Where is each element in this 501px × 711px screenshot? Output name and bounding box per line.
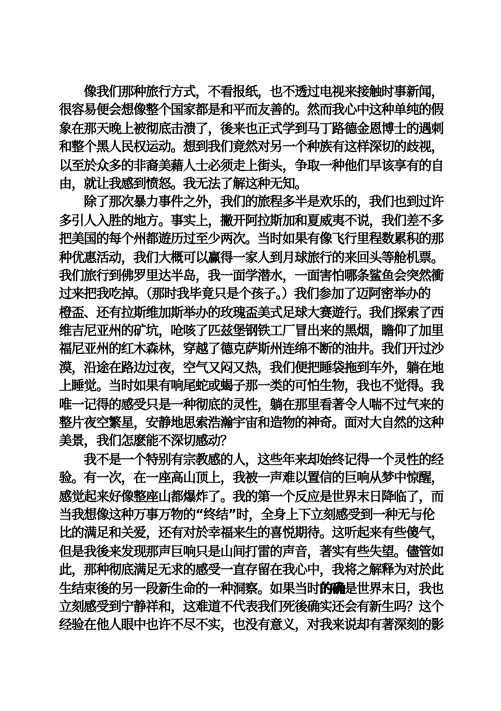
text-line: 上睡觉。当时如果有响尾蛇或蝎子那一类的可怕生物，我也不觉得。我 <box>59 378 449 396</box>
text-line: 我们旅行到佛罗里达半岛，我一面学潜水，一面害怕哪条鲨鱼会突然衝 <box>59 268 449 286</box>
text-segment: 我不是一个特别有宗教感的人，这些年来却始终记得一个灵性的经 <box>59 453 443 468</box>
text-line: 此，那种彻底满足无求的感受一直存留在我心中，我将之解释为对於此 <box>59 562 449 580</box>
text-line: 经验在他人眼中也许不尽不实，也没有意义，对我来说却有著深刻的影 <box>59 617 449 635</box>
text-segment: 以至於众多的非裔美藉人士必须走上街头，争取一种他们早该享有的自 <box>59 159 443 174</box>
paragraph: 我不是一个特别有宗教感的人，这些年来却始终记得一个灵性的经验。有一次，在一座高山… <box>59 452 449 636</box>
text-segment: 漠，沿途在路边过夜，空气又闷又热，我们便把睡袋拖到车外，躺在地 <box>59 361 443 376</box>
emphasized-text: 的确 <box>319 582 344 597</box>
text-segment: 此，那种彻底满足无求的感受一直存留在我心中，我将之解释为对於此 <box>59 563 443 578</box>
text-line: 漠，沿途在路边过夜，空气又闷又热，我们便把睡袋拖到车外，躺在地 <box>59 360 449 378</box>
text-line: 把美国的每个州都遊历过至少两次。当时如果有像飞行里程数累积的那 <box>59 231 449 249</box>
text-line: 过来把我吃掉。（那时我毕竟只是个孩子。）我们参加了迈阿密举办的 <box>59 286 449 304</box>
text-segment: 当我想像这种万事万物的“终结”时，全身上下立刻感受到一种无与伦 <box>59 508 435 523</box>
text-line: 比的满足和关爱，还有对於幸福来生的喜悦期待。这听起来有些傻气， <box>59 525 449 543</box>
text-segment: 维吉尼亚州的矿坑，呛咳了匹兹堡钢铁工厂冒出来的黑烟，瞻仰了加里 <box>59 324 443 339</box>
text-line: 但是我後来发现那声巨响只是山间打雷的声音，著实有些失望。儘管如 <box>59 544 449 562</box>
text-line: 福尼亚州的红木森林，穿越了德克萨斯州连绵不断的油井。我们开过沙 <box>59 341 449 359</box>
text-segment: 比的满足和关爱，还有对於幸福来生的喜悦期待。这听起来有些傻气， <box>59 526 443 541</box>
text-segment: 福尼亚州的红木森林，穿越了德克萨斯州连绵不断的油井。我们开过沙 <box>59 342 443 357</box>
paragraph: 除了那次暴力事件之外，我们的旅程多半是欢乐的，我们也到过许多引人入胜的地方。事实… <box>59 194 449 451</box>
text-line: 以至於众多的非裔美藉人士必须走上街头，争取一种他们早该享有的自 <box>59 158 449 176</box>
text-segment: 过来把我吃掉。（那时我毕竟只是个孩子。）我们参加了迈阿密举办的 <box>59 287 430 302</box>
text-line: 立刻感受到宁静祥和，这难道不代表我们死後确实还会有新生吗？这个 <box>59 599 449 617</box>
text-segment: 立刻感受到宁静祥和，这难道不代表我们死後确实还会有新生吗？这个 <box>59 600 443 615</box>
paragraph: 像我们那种旅行方式，不看报纸，也不透过电视来接触时事新闻，很容易便会想像整个国家… <box>59 84 449 194</box>
text-segment: 唯一记得的感受只是一种彻底的灵性，躺在那里看著令人喘不过气来的 <box>59 398 443 413</box>
text-segment: 种优惠活动，我们大概可以赢得一家人到月球旅行的来回头等舱机票。 <box>59 251 443 266</box>
text-line: 由，就让我感到愤怒。我无法了解这种无知。 <box>59 176 449 194</box>
text-segment: 整片夜空繁星，安静地思索浩瀚宇宙和造物的神奇。面对大自然的这种 <box>59 416 443 431</box>
text-segment: 经验在他人眼中也许不尽不实，也没有意义，对我来说却有著深刻的影 <box>59 618 443 633</box>
text-line: 我不是一个特别有宗教感的人，这些年来却始终记得一个灵性的经 <box>59 452 449 470</box>
text-line: 像我们那种旅行方式，不看报纸，也不透过电视来接触时事新闻， <box>59 84 449 102</box>
text-line: 整片夜空繁星，安静地思索浩瀚宇宙和造物的神奇。面对大自然的这种 <box>59 415 449 433</box>
text-line: 维吉尼亚州的矿坑，呛咳了匹兹堡钢铁工厂冒出来的黑烟，瞻仰了加里 <box>59 323 449 341</box>
text-segment: 我们旅行到佛罗里达半岛，我一面学潜水，一面害怕哪条鲨鱼会突然衝 <box>59 269 443 284</box>
text-segment: 把美国的每个州都遊历过至少两次。当时如果有像飞行里程数累积的那 <box>59 232 443 247</box>
text-line: 生结束後的另一段新生命的一种洞察。如果当时的确是世界末日，我也 <box>59 581 449 599</box>
text-segment: 上睡觉。当时如果有响尾蛇或蝎子那一类的可怕生物，我也不觉得。我 <box>59 379 443 394</box>
text-segment: 多引人入胜的地方。事实上，撇开阿拉斯加和夏威夷不说，我们差不多 <box>59 214 443 229</box>
document-text: 像我们那种旅行方式，不看报纸，也不透过电视来接触时事新闻，很容易便会想像整个国家… <box>59 84 449 636</box>
document-page: 像我们那种旅行方式，不看报纸，也不透过电视来接触时事新闻，很容易便会想像整个国家… <box>0 0 501 711</box>
text-segment: 感觉起来好像整座山都爆炸了。我的第一个反应是世界末日降临了，而 <box>59 490 443 505</box>
text-segment: 像我们那种旅行方式，不看报纸，也不透过电视来接触时事新闻， <box>59 85 443 100</box>
text-segment: 很容易便会想像整个国家都是和平而友善的。然而我心中这种单纯的假 <box>59 103 443 118</box>
text-segment: 是世界末日，我也 <box>344 582 443 597</box>
text-line: 和整个黑人民权运动。想到我们竟然对另一个种族有这样深切的歧视， <box>59 139 449 157</box>
text-line: 除了那次暴力事件之外，我们的旅程多半是欢乐的，我们也到过许 <box>59 194 449 212</box>
text-segment: 象在那天晚上被彻底击溃了，後来也正式学到马丁路德金恩博士的遇刺 <box>59 122 443 137</box>
text-line: 象在那天晚上被彻底击溃了，後来也正式学到马丁路德金恩博士的遇刺 <box>59 121 449 139</box>
text-segment: 美景，我们怎麽能不深切感动？ <box>59 434 233 449</box>
text-segment: 和整个黑人民权运动。想到我们竟然对另一个种族有这样深切的歧视， <box>59 140 443 155</box>
text-line: 唯一记得的感受只是一种彻底的灵性，躺在那里看著令人喘不过气来的 <box>59 397 449 415</box>
text-line: 验。有一次，在一座高山顶上，我被一声难以置信的巨响从梦中惊醒， <box>59 470 449 488</box>
text-line: 橙盃、还有拉斯维加斯举办的玫瑰盃美式足球大赛遊行。我们探索了西 <box>59 305 449 323</box>
text-segment: 生结束後的另一段新生命的一种洞察。如果当时 <box>59 582 319 597</box>
text-segment: 验。有一次，在一座高山顶上，我被一声难以置信的巨响从梦中惊醒， <box>59 471 443 486</box>
text-line: 多引人入胜的地方。事实上，撇开阿拉斯加和夏威夷不说，我们差不多 <box>59 213 449 231</box>
text-segment: 除了那次暴力事件之外，我们的旅程多半是欢乐的，我们也到过许 <box>59 195 443 210</box>
text-line: 很容易便会想像整个国家都是和平而友善的。然而我心中这种单纯的假 <box>59 102 449 120</box>
text-line: 当我想像这种万事万物的“终结”时，全身上下立刻感受到一种无与伦 <box>59 507 449 525</box>
text-segment: 但是我後来发现那声巨响只是山间打雷的声音，著实有些失望。儘管如 <box>59 545 443 560</box>
text-line: 感觉起来好像整座山都爆炸了。我的第一个反应是世界末日降临了，而 <box>59 489 449 507</box>
text-line: 美景，我们怎麽能不深切感动？ <box>59 433 449 451</box>
text-segment: 由，就让我感到愤怒。我无法了解这种无知。 <box>59 177 307 192</box>
text-segment: 橙盃、还有拉斯维加斯举办的玫瑰盃美式足球大赛遊行。我们探索了西 <box>59 306 443 321</box>
text-line: 种优惠活动，我们大概可以赢得一家人到月球旅行的来回头等舱机票。 <box>59 250 449 268</box>
